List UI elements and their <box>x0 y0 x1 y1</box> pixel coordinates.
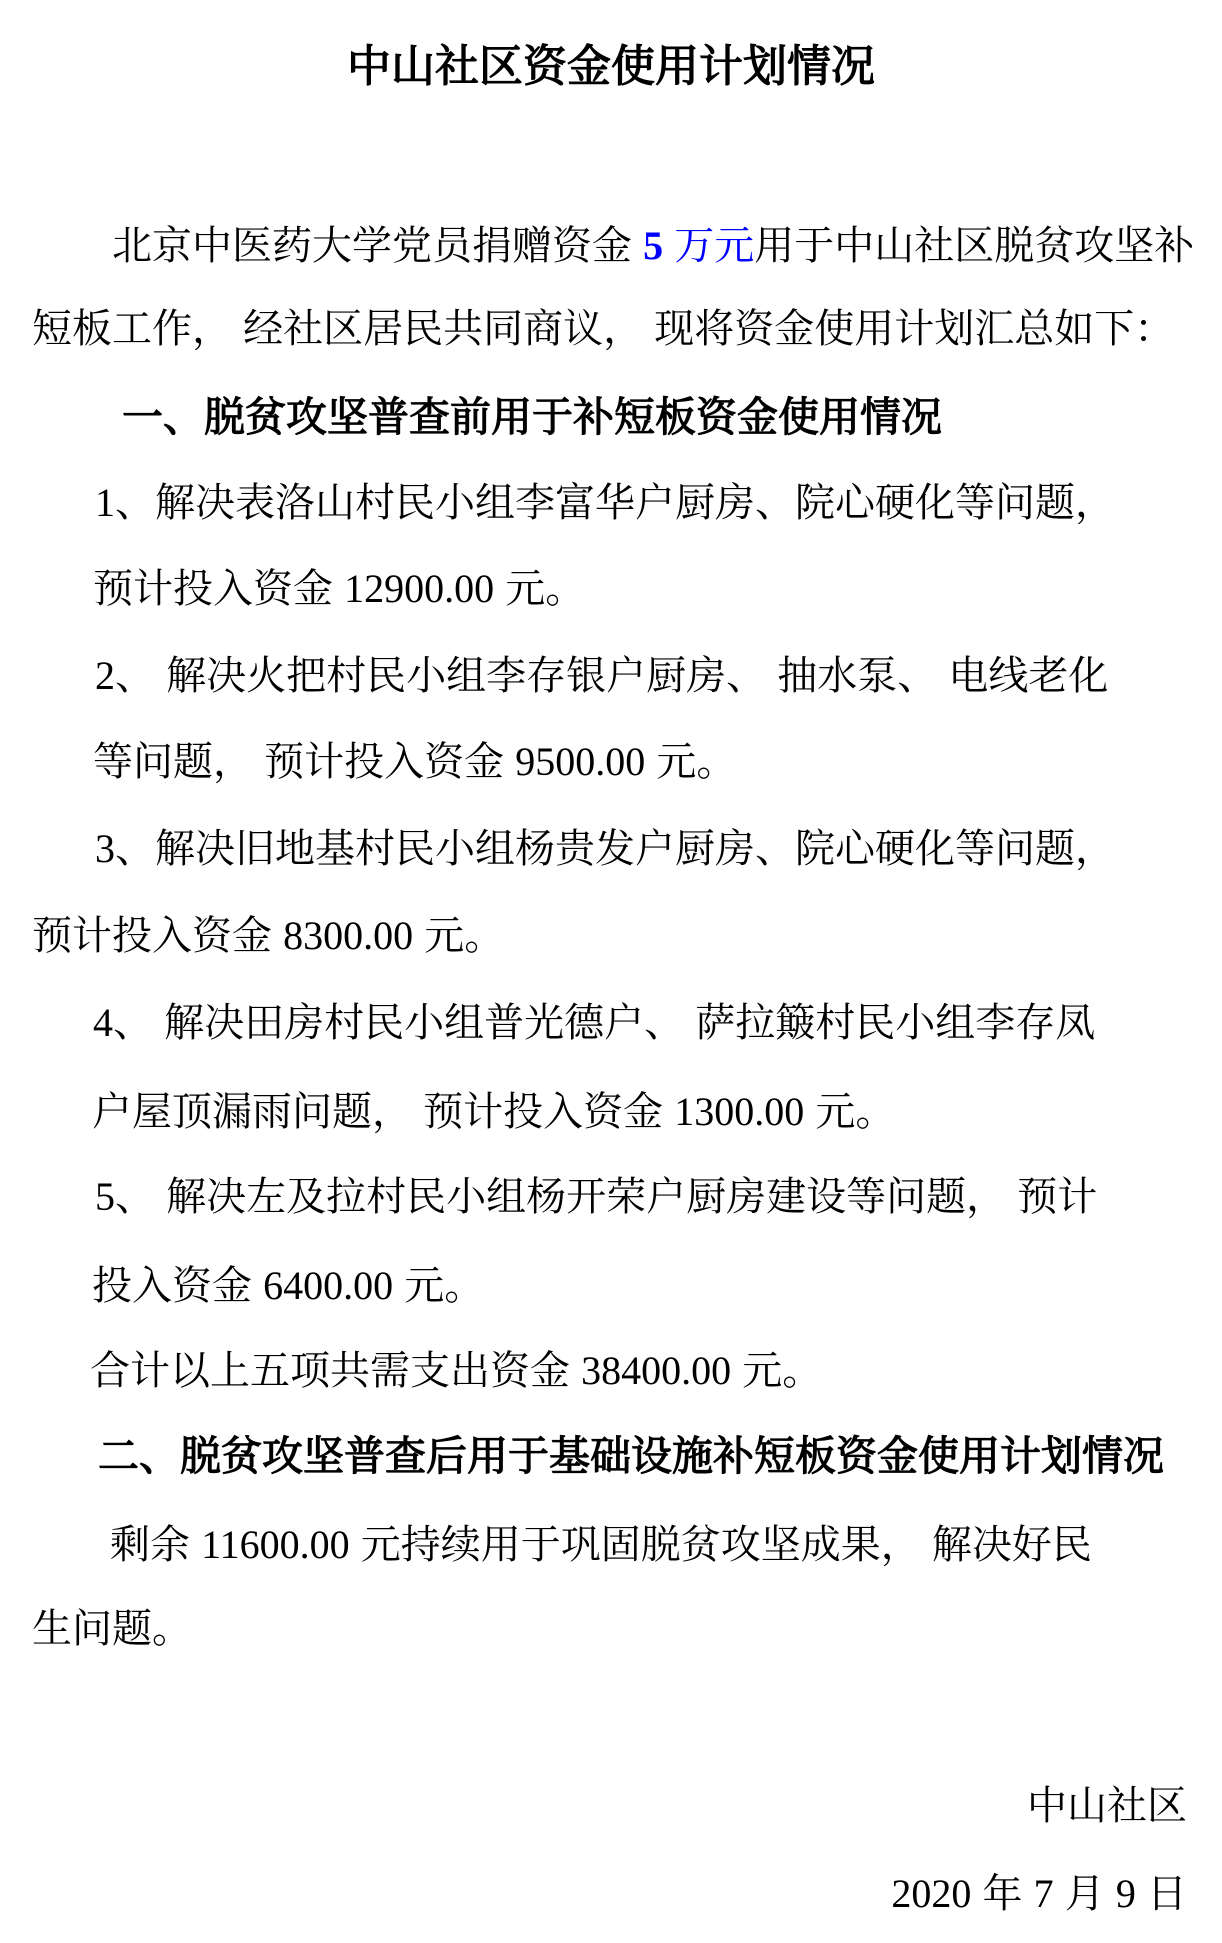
text-segment-num: 6400.00 <box>263 1263 393 1308</box>
section2-heading: 二、脱贫攻坚普查后用于基础设施补短板资金使用计划情况 <box>98 1434 1164 1480</box>
text-segment-num: 8300.00 <box>283 913 413 958</box>
text-segment-num: 5 <box>95 1174 115 1219</box>
text-segment-num: 2020 <box>891 1871 971 1916</box>
document-title: 中山社区资金使用计划情况 <box>0 42 1222 91</box>
section2-line-2: 生问题。 <box>32 1607 192 1652</box>
text-segment: 北京中医药大学党员捐赠资金 <box>112 224 643 268</box>
section2-line-1: 剩余 11600.00 元持续用于巩固脱贫攻坚成果， 解决好民 <box>110 1523 1092 1568</box>
text-segment: 元。 <box>731 1349 822 1393</box>
text-segment-num: 9 <box>1116 1871 1136 1916</box>
text-segment: 元。 <box>645 740 736 784</box>
section1-item4-line2: 户屋顶漏雨问题， 预计投入资金 1300.00 元。 <box>92 1090 895 1135</box>
document-page: 中山社区资金使用计划情况 北京中医药大学党员捐赠资金 5 万元用于中山社区脱贫攻… <box>0 0 1222 1943</box>
text-segment: 、解决旧地基村民小组杨贵发户厨房、院心硬化等问题， <box>115 827 1115 871</box>
text-segment: 元。 <box>804 1090 895 1134</box>
text-segment: 年 <box>971 1872 1033 1916</box>
text-segment-blue: 万元 <box>674 224 754 268</box>
text-segment: 用于中山社区脱贫攻坚补 <box>754 224 1194 268</box>
text-segment-amt5: 5 <box>643 223 663 268</box>
text-segment-num: 1 <box>95 480 115 525</box>
text-segment: 元持续用于巩固脱贫攻坚成果， 解决好民 <box>350 1523 1092 1567</box>
text-segment-num: 2 <box>95 653 115 698</box>
intro-line-2: 短板工作， 经社区居民共同商议， 现将资金使用计划汇总如下： <box>32 307 1174 352</box>
text-segment: 投入资金 <box>92 1264 263 1308</box>
section1-item5-line2: 投入资金 6400.00 元。 <box>92 1264 484 1309</box>
text-segment: 元。 <box>393 1264 484 1308</box>
section1-total-line: 合计以上五项共需支出资金 38400.00 元。 <box>90 1349 822 1394</box>
section1-item3-line1: 3、解决旧地基村民小组杨贵发户厨房、院心硬化等问题， <box>95 827 1115 872</box>
section1-item2-line2: 等问题， 预计投入资金 9500.00 元。 <box>93 740 736 785</box>
text-segment-num: 7 <box>1034 1871 1054 1916</box>
text-segment-num: 38400.00 <box>581 1348 731 1393</box>
text-segment <box>663 224 674 268</box>
text-segment: 户屋顶漏雨问题， 预计投入资金 <box>92 1090 674 1134</box>
section1-item1-line1: 1、解决表洛山村民小组李富华户厨房、院心硬化等问题， <box>95 481 1115 526</box>
text-segment: 等问题， 预计投入资金 <box>93 740 515 784</box>
section1-heading: 一、脱贫攻坚普查前用于补短板资金使用情况 <box>122 395 942 441</box>
text-segment: 日 <box>1136 1872 1187 1916</box>
text-segment-num: 1300.00 <box>674 1089 804 1134</box>
text-segment-num: 11600.00 <box>201 1522 350 1567</box>
text-segment: 剩余 <box>110 1523 201 1567</box>
section1-item1-line2: 预计投入资金 12900.00 元。 <box>93 567 585 612</box>
text-segment: 元。 <box>413 914 504 958</box>
text-segment: 、解决表洛山村民小组李富华户厨房、院心硬化等问题， <box>115 481 1115 525</box>
text-segment: 预计投入资金 <box>93 567 344 611</box>
signature-date: 2020 年 7 月 9 日 <box>891 1872 1187 1917</box>
intro-line-1: 北京中医药大学党员捐赠资金 5 万元用于中山社区脱贫攻坚补 <box>112 224 1194 269</box>
text-segment-num: 3 <box>95 826 115 871</box>
text-segment: 预计投入资金 <box>32 914 283 958</box>
section1-item2-line1: 2、 解决火把村民小组李存银户厨房、 抽水泵、 电线老化 <box>95 654 1108 699</box>
text-segment: 、 解决左及拉村民小组杨开荣户厨房建设等问题， 预计 <box>115 1175 1097 1219</box>
section1-item5-line1: 5、 解决左及拉村民小组杨开荣户厨房建设等问题， 预计 <box>95 1175 1097 1220</box>
text-segment: 元。 <box>494 567 585 611</box>
text-segment: 月 <box>1054 1872 1116 1916</box>
text-segment: 、 解决火把村民小组李存银户厨房、 抽水泵、 电线老化 <box>115 654 1108 698</box>
section1-item4-line1: 4、 解决田房村民小组普光德户、 萨拉簸村民小组李存凤 <box>93 1001 1095 1046</box>
text-segment: 、 解决田房村民小组普光德户、 萨拉簸村民小组李存凤 <box>113 1001 1095 1045</box>
section1-item3-line2: 预计投入资金 8300.00 元。 <box>32 914 504 959</box>
signature-org: 中山社区 <box>1027 1784 1187 1829</box>
text-segment-num: 9500.00 <box>515 739 645 784</box>
text-segment: 合计以上五项共需支出资金 <box>90 1349 581 1393</box>
text-segment-num: 4 <box>93 1000 113 1045</box>
text-segment-num: 12900.00 <box>344 566 494 611</box>
